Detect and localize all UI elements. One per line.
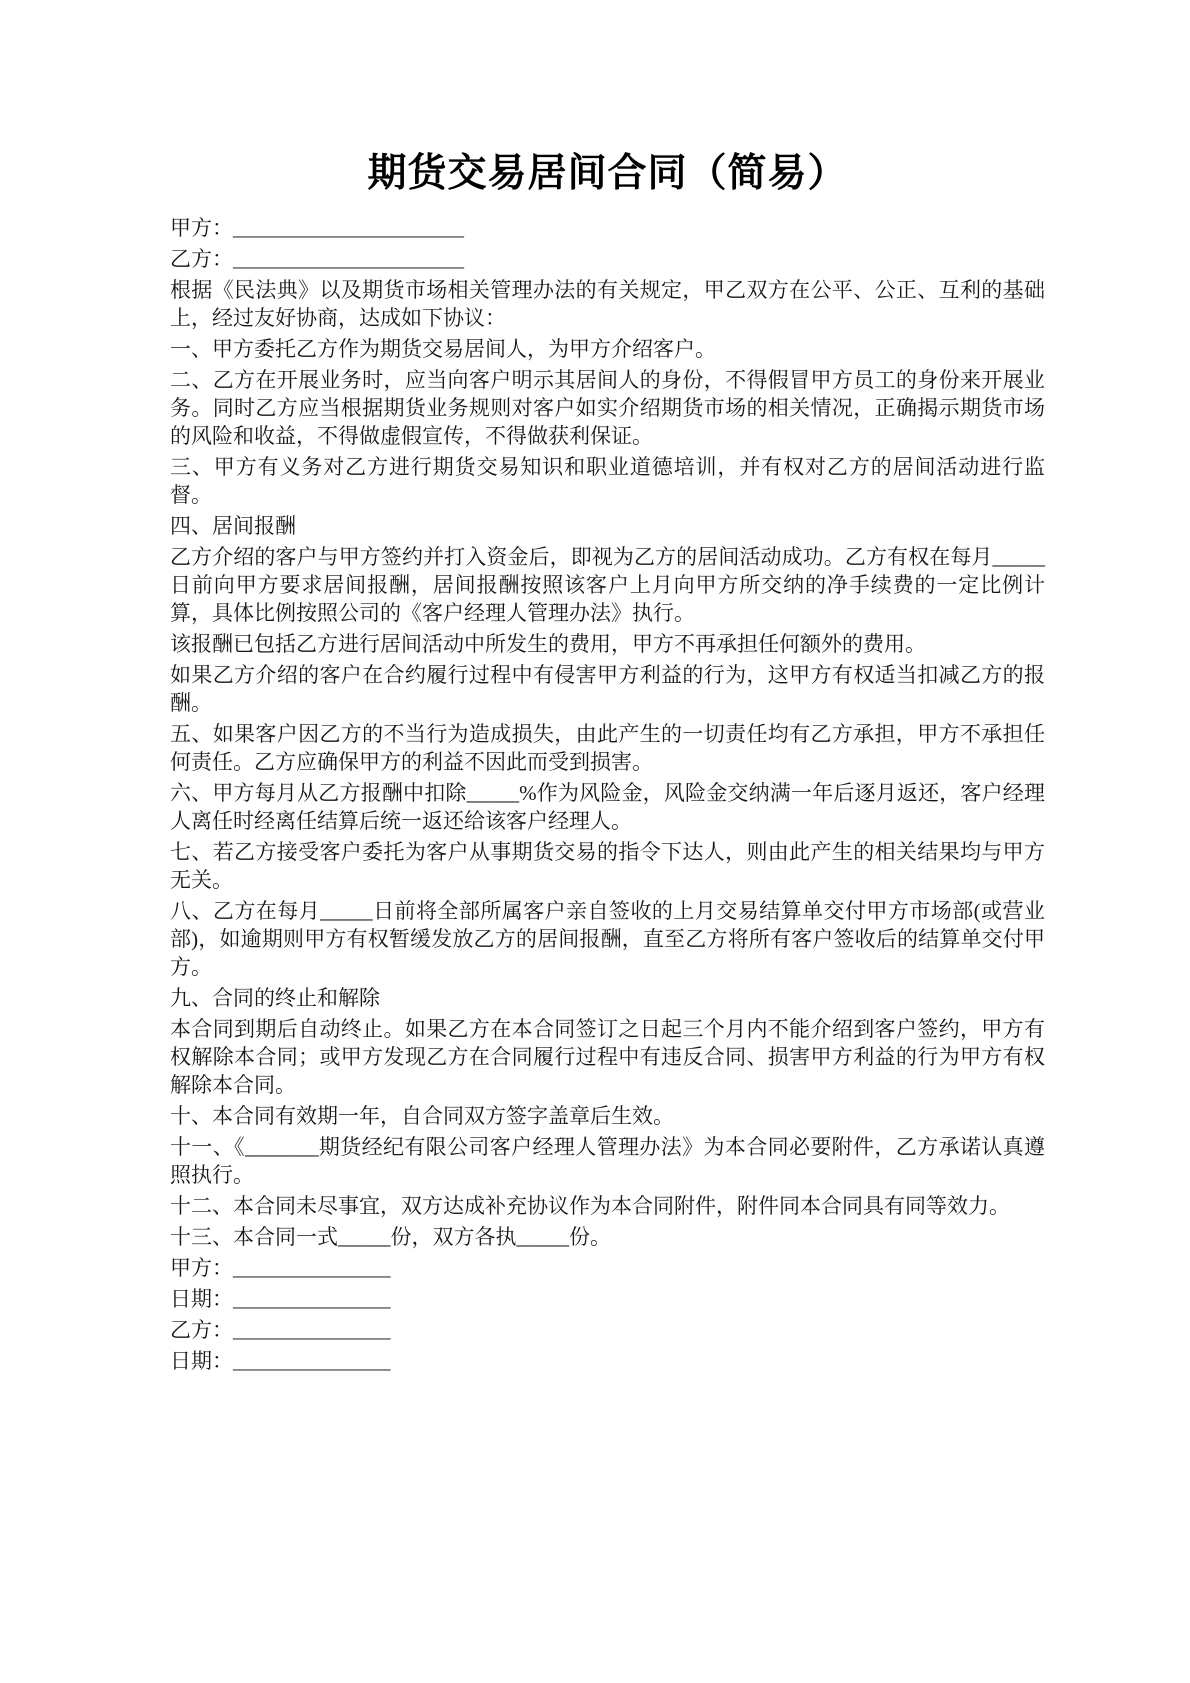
clause-9-heading: 九、合同的终止和解除 [170, 984, 1045, 1012]
clause-1: 一、甲方委托乙方作为期货交易居间人，为甲方介绍客户。 [170, 335, 1045, 363]
signature-party-b-blank: _______________ [233, 1318, 391, 1342]
signature-date-b-label: 日期： [170, 1349, 233, 1373]
party-b-line: 乙方：______________________ [170, 245, 1045, 273]
clause-preamble: 根据《民法典》以及期货市场相关管理办法的有关规定，甲乙双方在公平、公正、互利的基… [170, 276, 1045, 332]
signature-date-a-label: 日期： [170, 1287, 233, 1311]
clause-7: 七、若乙方接受客户委托为客户从事期货交易的指令下达人，则由此产生的相关结果均与甲… [170, 838, 1045, 894]
clause-9-para: 本合同到期后自动终止。如果乙方在本合同签订之日起三个月内不能介绍到客户签约，甲方… [170, 1015, 1045, 1099]
signature-date-a-blank: _______________ [233, 1287, 391, 1311]
contract-page: 期货交易居间合同（简易） 甲方：______________________ 乙… [0, 0, 1190, 1683]
clause-4-para-1: 乙方介绍的客户与甲方签约并打入资金后，即视为乙方的居间活动成功。乙方有权在每月_… [170, 543, 1045, 627]
party-a-blank: ______________________ [233, 216, 464, 240]
clause-3: 三、甲方有义务对乙方进行期货交易知识和职业道德培训，并有权对乙方的居间活动进行监… [170, 453, 1045, 509]
party-b-blank: ______________________ [233, 247, 464, 271]
signature-date-a-line: 日期：_______________ [170, 1285, 1045, 1313]
signature-party-a-line: 甲方：_______________ [170, 1254, 1045, 1282]
document-title: 期货交易居间合同（简易） [170, 148, 1045, 200]
signature-party-a-label: 甲方： [170, 1256, 233, 1280]
clause-4-para-2: 该报酬已包括乙方进行居间活动中所发生的费用，甲方不再承担任何额外的费用。 [170, 630, 1045, 658]
clause-5: 五、如果客户因乙方的不当行为造成损失，由此产生的一切责任均有乙方承担，甲方不承担… [170, 720, 1045, 776]
party-a-label: 甲方： [170, 216, 233, 240]
party-b-label: 乙方： [170, 247, 233, 271]
signature-date-b-line: 日期：_______________ [170, 1347, 1045, 1375]
clause-12: 十二、本合同未尽事宜，双方达成补充协议作为本合同附件，附件同本合同具有同等效力。 [170, 1192, 1045, 1220]
clause-11: 十一、《_______期货经纪有限公司客户经理人管理办法》为本合同必要附件，乙方… [170, 1133, 1045, 1189]
clause-10: 十、本合同有效期一年，自合同双方签字盖章后生效。 [170, 1102, 1045, 1130]
clause-8: 八、乙方在每月_____日前将全部所属客户亲自签收的上月交易结算单交付甲方市场部… [170, 897, 1045, 981]
signature-party-a-blank: _______________ [233, 1256, 391, 1280]
clause-4-heading: 四、居间报酬 [170, 512, 1045, 540]
signature-party-b-label: 乙方： [170, 1318, 233, 1342]
clause-6: 六、甲方每月从乙方报酬中扣除_____%作为风险金，风险金交纳满一年后逐月返还，… [170, 779, 1045, 835]
clause-2: 二、乙方在开展业务时，应当向客户明示其居间人的身份，不得假冒甲方员工的身份来开展… [170, 366, 1045, 450]
signature-party-b-line: 乙方：_______________ [170, 1316, 1045, 1344]
party-a-line: 甲方：______________________ [170, 214, 1045, 242]
signature-date-b-blank: _______________ [233, 1349, 391, 1373]
clause-4-para-3: 如果乙方介绍的客户在合约履行过程中有侵害甲方利益的行为，这甲方有权适当扣减乙方的… [170, 661, 1045, 717]
clause-13: 十三、本合同一式_____份，双方各执_____份。 [170, 1223, 1045, 1251]
